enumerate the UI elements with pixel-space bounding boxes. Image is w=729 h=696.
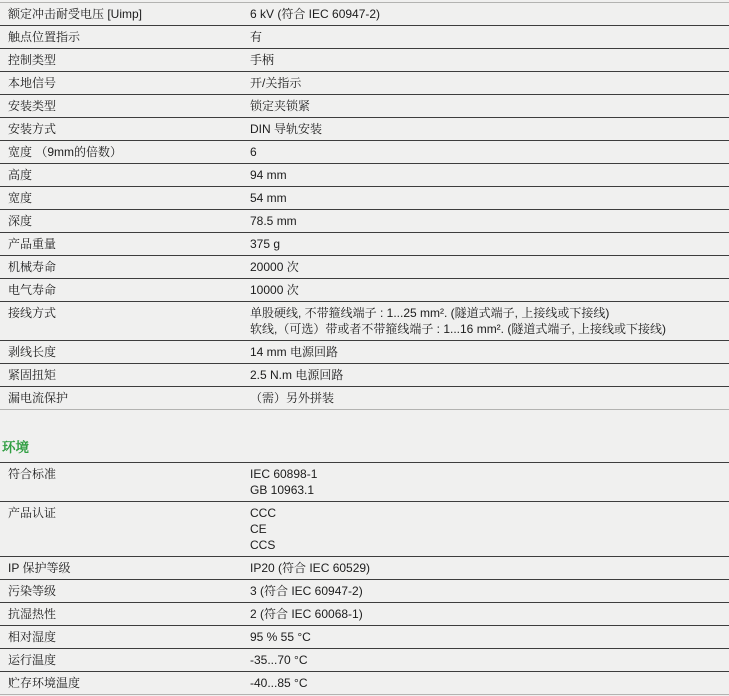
- value-line: -40...85 °C: [250, 675, 729, 691]
- value-line: 单股硬线, 不带箍线端子 : 1...25 mm². (隧道式端子, 上接线或下…: [250, 305, 729, 321]
- table-row: 接线方式 单股硬线, 不带箍线端子 : 1...25 mm². (隧道式端子, …: [0, 302, 729, 341]
- row-value: 6: [250, 144, 729, 160]
- row-label: 污染等级: [0, 583, 250, 599]
- value-line: DIN 导轨安装: [250, 121, 729, 137]
- section-heading-environment: 环境: [2, 440, 729, 456]
- value-line: -35...70 °C: [250, 652, 729, 668]
- table-row: 宽度 （9mm的倍数） 6: [0, 141, 729, 164]
- value-line: 95 % 55 °C: [250, 629, 729, 645]
- row-value: 开/关指示: [250, 75, 729, 91]
- value-line: CCC: [250, 505, 729, 521]
- row-label: IP 保护等级: [0, 560, 250, 576]
- spec-table-general: 额定冲击耐受电压 [Uimp] 6 kV (符合 IEC 60947-2) 触点…: [0, 3, 729, 410]
- row-value: 95 % 55 °C: [250, 629, 729, 645]
- row-value: 6 kV (符合 IEC 60947-2): [250, 6, 729, 22]
- row-label: 运行温度: [0, 652, 250, 668]
- row-value: -35...70 °C: [250, 652, 729, 668]
- table-row: 安装类型 锁定夹锁紧: [0, 95, 729, 118]
- table-row: 污染等级 3 (符合 IEC 60947-2): [0, 580, 729, 603]
- value-line: （需）另外拼装: [250, 390, 729, 406]
- table-row: 符合标准 IEC 60898-1GB 10963.1: [0, 463, 729, 502]
- row-label: 深度: [0, 213, 250, 229]
- table-row: 产品认证 CCCCECCS: [0, 502, 729, 557]
- row-label: 安装类型: [0, 98, 250, 114]
- row-value: 14 mm 电源回路: [250, 344, 729, 360]
- table-row: 漏电流保护 （需）另外拼装: [0, 387, 729, 410]
- row-label: 紧固扭矩: [0, 367, 250, 383]
- row-label: 剥线长度: [0, 344, 250, 360]
- table-row: IP 保护等级 IP20 (符合 IEC 60529): [0, 557, 729, 580]
- value-line: 2.5 N.m 电源回路: [250, 367, 729, 383]
- row-value: 94 mm: [250, 167, 729, 183]
- row-value: 单股硬线, 不带箍线端子 : 1...25 mm². (隧道式端子, 上接线或下…: [250, 305, 729, 337]
- row-label: 触点位置指示: [0, 29, 250, 45]
- table-row: 额定冲击耐受电压 [Uimp] 6 kV (符合 IEC 60947-2): [0, 3, 729, 26]
- table-row: 安装方式 DIN 导轨安装: [0, 118, 729, 141]
- row-value: 锁定夹锁紧: [250, 98, 729, 114]
- table-row: 高度 94 mm: [0, 164, 729, 187]
- row-label: 贮存环境温度: [0, 675, 250, 691]
- value-line: 78.5 mm: [250, 213, 729, 229]
- row-value: 78.5 mm: [250, 213, 729, 229]
- row-value: 20000 次: [250, 259, 729, 275]
- value-line: 6 kV (符合 IEC 60947-2): [250, 6, 729, 22]
- value-line: 14 mm 电源回路: [250, 344, 729, 360]
- row-value: -40...85 °C: [250, 675, 729, 691]
- value-line: 94 mm: [250, 167, 729, 183]
- row-label: 安装方式: [0, 121, 250, 137]
- value-line: 软线,（可选）带或者不带箍线端子 : 1...16 mm². (隧道式端子, 上…: [250, 321, 729, 337]
- row-label: 额定冲击耐受电压 [Uimp]: [0, 6, 250, 22]
- value-line: CCS: [250, 537, 729, 553]
- row-value: CCCCECCS: [250, 505, 729, 553]
- value-line: 2 (符合 IEC 60068-1): [250, 606, 729, 622]
- value-line: 3 (符合 IEC 60947-2): [250, 583, 729, 599]
- table-row: 本地信号 开/关指示: [0, 72, 729, 95]
- row-label: 产品认证: [0, 505, 250, 521]
- row-value: 10000 次: [250, 282, 729, 298]
- row-label: 宽度 （9mm的倍数）: [0, 144, 250, 160]
- row-value: 375 g: [250, 236, 729, 252]
- value-line: GB 10963.1: [250, 482, 729, 498]
- value-line: 6: [250, 144, 729, 160]
- spec-sheet: 额定冲击耐受电压 [Uimp] 6 kV (符合 IEC 60947-2) 触点…: [0, 2, 729, 695]
- table-row: 相对湿度 95 % 55 °C: [0, 626, 729, 649]
- row-label: 接线方式: [0, 305, 250, 321]
- row-label: 宽度: [0, 190, 250, 206]
- value-line: 375 g: [250, 236, 729, 252]
- value-line: 20000 次: [250, 259, 729, 275]
- row-label: 符合标准: [0, 466, 250, 482]
- row-value: 2 (符合 IEC 60068-1): [250, 606, 729, 622]
- row-label: 高度: [0, 167, 250, 183]
- value-line: 54 mm: [250, 190, 729, 206]
- row-value: 3 (符合 IEC 60947-2): [250, 583, 729, 599]
- table-row: 抗湿热性 2 (符合 IEC 60068-1): [0, 603, 729, 626]
- row-label: 产品重量: [0, 236, 250, 252]
- row-label: 本地信号: [0, 75, 250, 91]
- table-row: 机械寿命 20000 次: [0, 256, 729, 279]
- row-value: 54 mm: [250, 190, 729, 206]
- value-line: 有: [250, 29, 729, 45]
- table-row: 电气寿命 10000 次: [0, 279, 729, 302]
- value-line: IP20 (符合 IEC 60529): [250, 560, 729, 576]
- row-label: 机械寿命: [0, 259, 250, 275]
- value-line: CE: [250, 521, 729, 537]
- value-line: 手柄: [250, 52, 729, 68]
- row-label: 控制类型: [0, 52, 250, 68]
- table-row: 深度 78.5 mm: [0, 210, 729, 233]
- table-row: 运行温度 -35...70 °C: [0, 649, 729, 672]
- value-line: 开/关指示: [250, 75, 729, 91]
- table-row: 控制类型 手柄: [0, 49, 729, 72]
- row-value: DIN 导轨安装: [250, 121, 729, 137]
- table-row: 贮存环境温度 -40...85 °C: [0, 672, 729, 695]
- value-line: 10000 次: [250, 282, 729, 298]
- row-value: IP20 (符合 IEC 60529): [250, 560, 729, 576]
- table-row: 触点位置指示 有: [0, 26, 729, 49]
- table-row: 剥线长度 14 mm 电源回路: [0, 341, 729, 364]
- row-value: 有: [250, 29, 729, 45]
- value-line: 锁定夹锁紧: [250, 98, 729, 114]
- row-label: 相对湿度: [0, 629, 250, 645]
- row-value: IEC 60898-1GB 10963.1: [250, 466, 729, 498]
- row-label: 抗湿热性: [0, 606, 250, 622]
- table-row: 宽度 54 mm: [0, 187, 729, 210]
- row-label: 漏电流保护: [0, 390, 250, 406]
- row-value: 2.5 N.m 电源回路: [250, 367, 729, 383]
- spec-table-environment: 符合标准 IEC 60898-1GB 10963.1 产品认证 CCCCECCS…: [0, 462, 729, 695]
- row-value: 手柄: [250, 52, 729, 68]
- table-row: 产品重量 375 g: [0, 233, 729, 256]
- table-row: 紧固扭矩 2.5 N.m 电源回路: [0, 364, 729, 387]
- row-label: 电气寿命: [0, 282, 250, 298]
- value-line: IEC 60898-1: [250, 466, 729, 482]
- row-value: （需）另外拼装: [250, 390, 729, 406]
